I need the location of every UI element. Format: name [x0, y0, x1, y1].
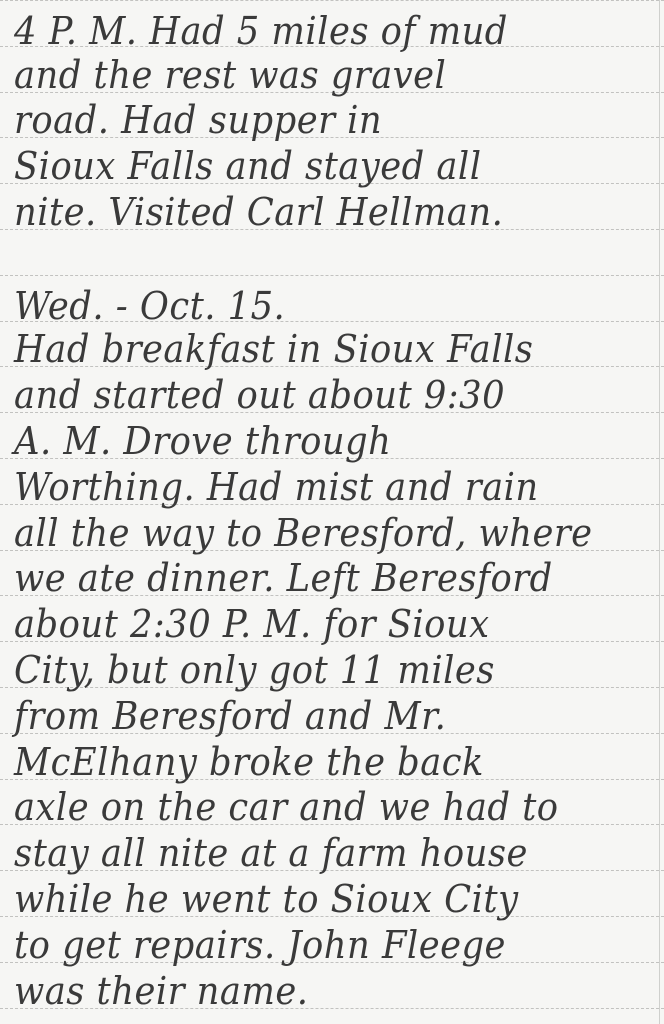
text-line: about 2:30 P. M. for Sioux — [14, 601, 490, 647]
text-line: McElhany broke the back — [14, 739, 484, 785]
text-line: City, but only got 11 miles — [14, 647, 495, 693]
text-line: Sioux Falls and stayed all — [14, 143, 481, 189]
text-line: from Beresford and Mr. — [14, 693, 446, 739]
text-line: was their name. — [14, 968, 308, 1014]
diary-page: 4 P. M. Had 5 miles of mud and the rest … — [0, 0, 664, 1024]
ruled-line — [0, 275, 664, 276]
text-line: 4 P. M. Had 5 miles of mud — [14, 8, 508, 54]
text-line: A. M. Drove through — [14, 418, 391, 464]
text-line: stay all nite at a farm house — [14, 830, 528, 876]
ruled-line — [0, 0, 664, 1]
text-line: Had breakfast in Sioux Falls — [14, 326, 533, 372]
text-line: and the rest was gravel — [14, 52, 446, 98]
text-line: nite. Visited Carl Hellman. — [14, 189, 503, 235]
text-line: Worthing. Had mist and rain — [14, 464, 539, 510]
page-edge — [659, 0, 660, 1024]
text-line: axle on the car and we had to — [14, 784, 559, 830]
text-line: we ate dinner. Left Beresford — [14, 555, 553, 601]
text-line: and started out about 9:30 — [14, 372, 505, 418]
text-line: road. Had supper in — [14, 97, 382, 143]
text-line: while he went to Sioux City — [14, 876, 519, 922]
text-line: all the way to Beresford, where — [14, 510, 593, 556]
text-line: to get repairs. John Fleege — [14, 922, 506, 968]
entry-date-heading: Wed. - Oct. 15. — [14, 283, 285, 329]
